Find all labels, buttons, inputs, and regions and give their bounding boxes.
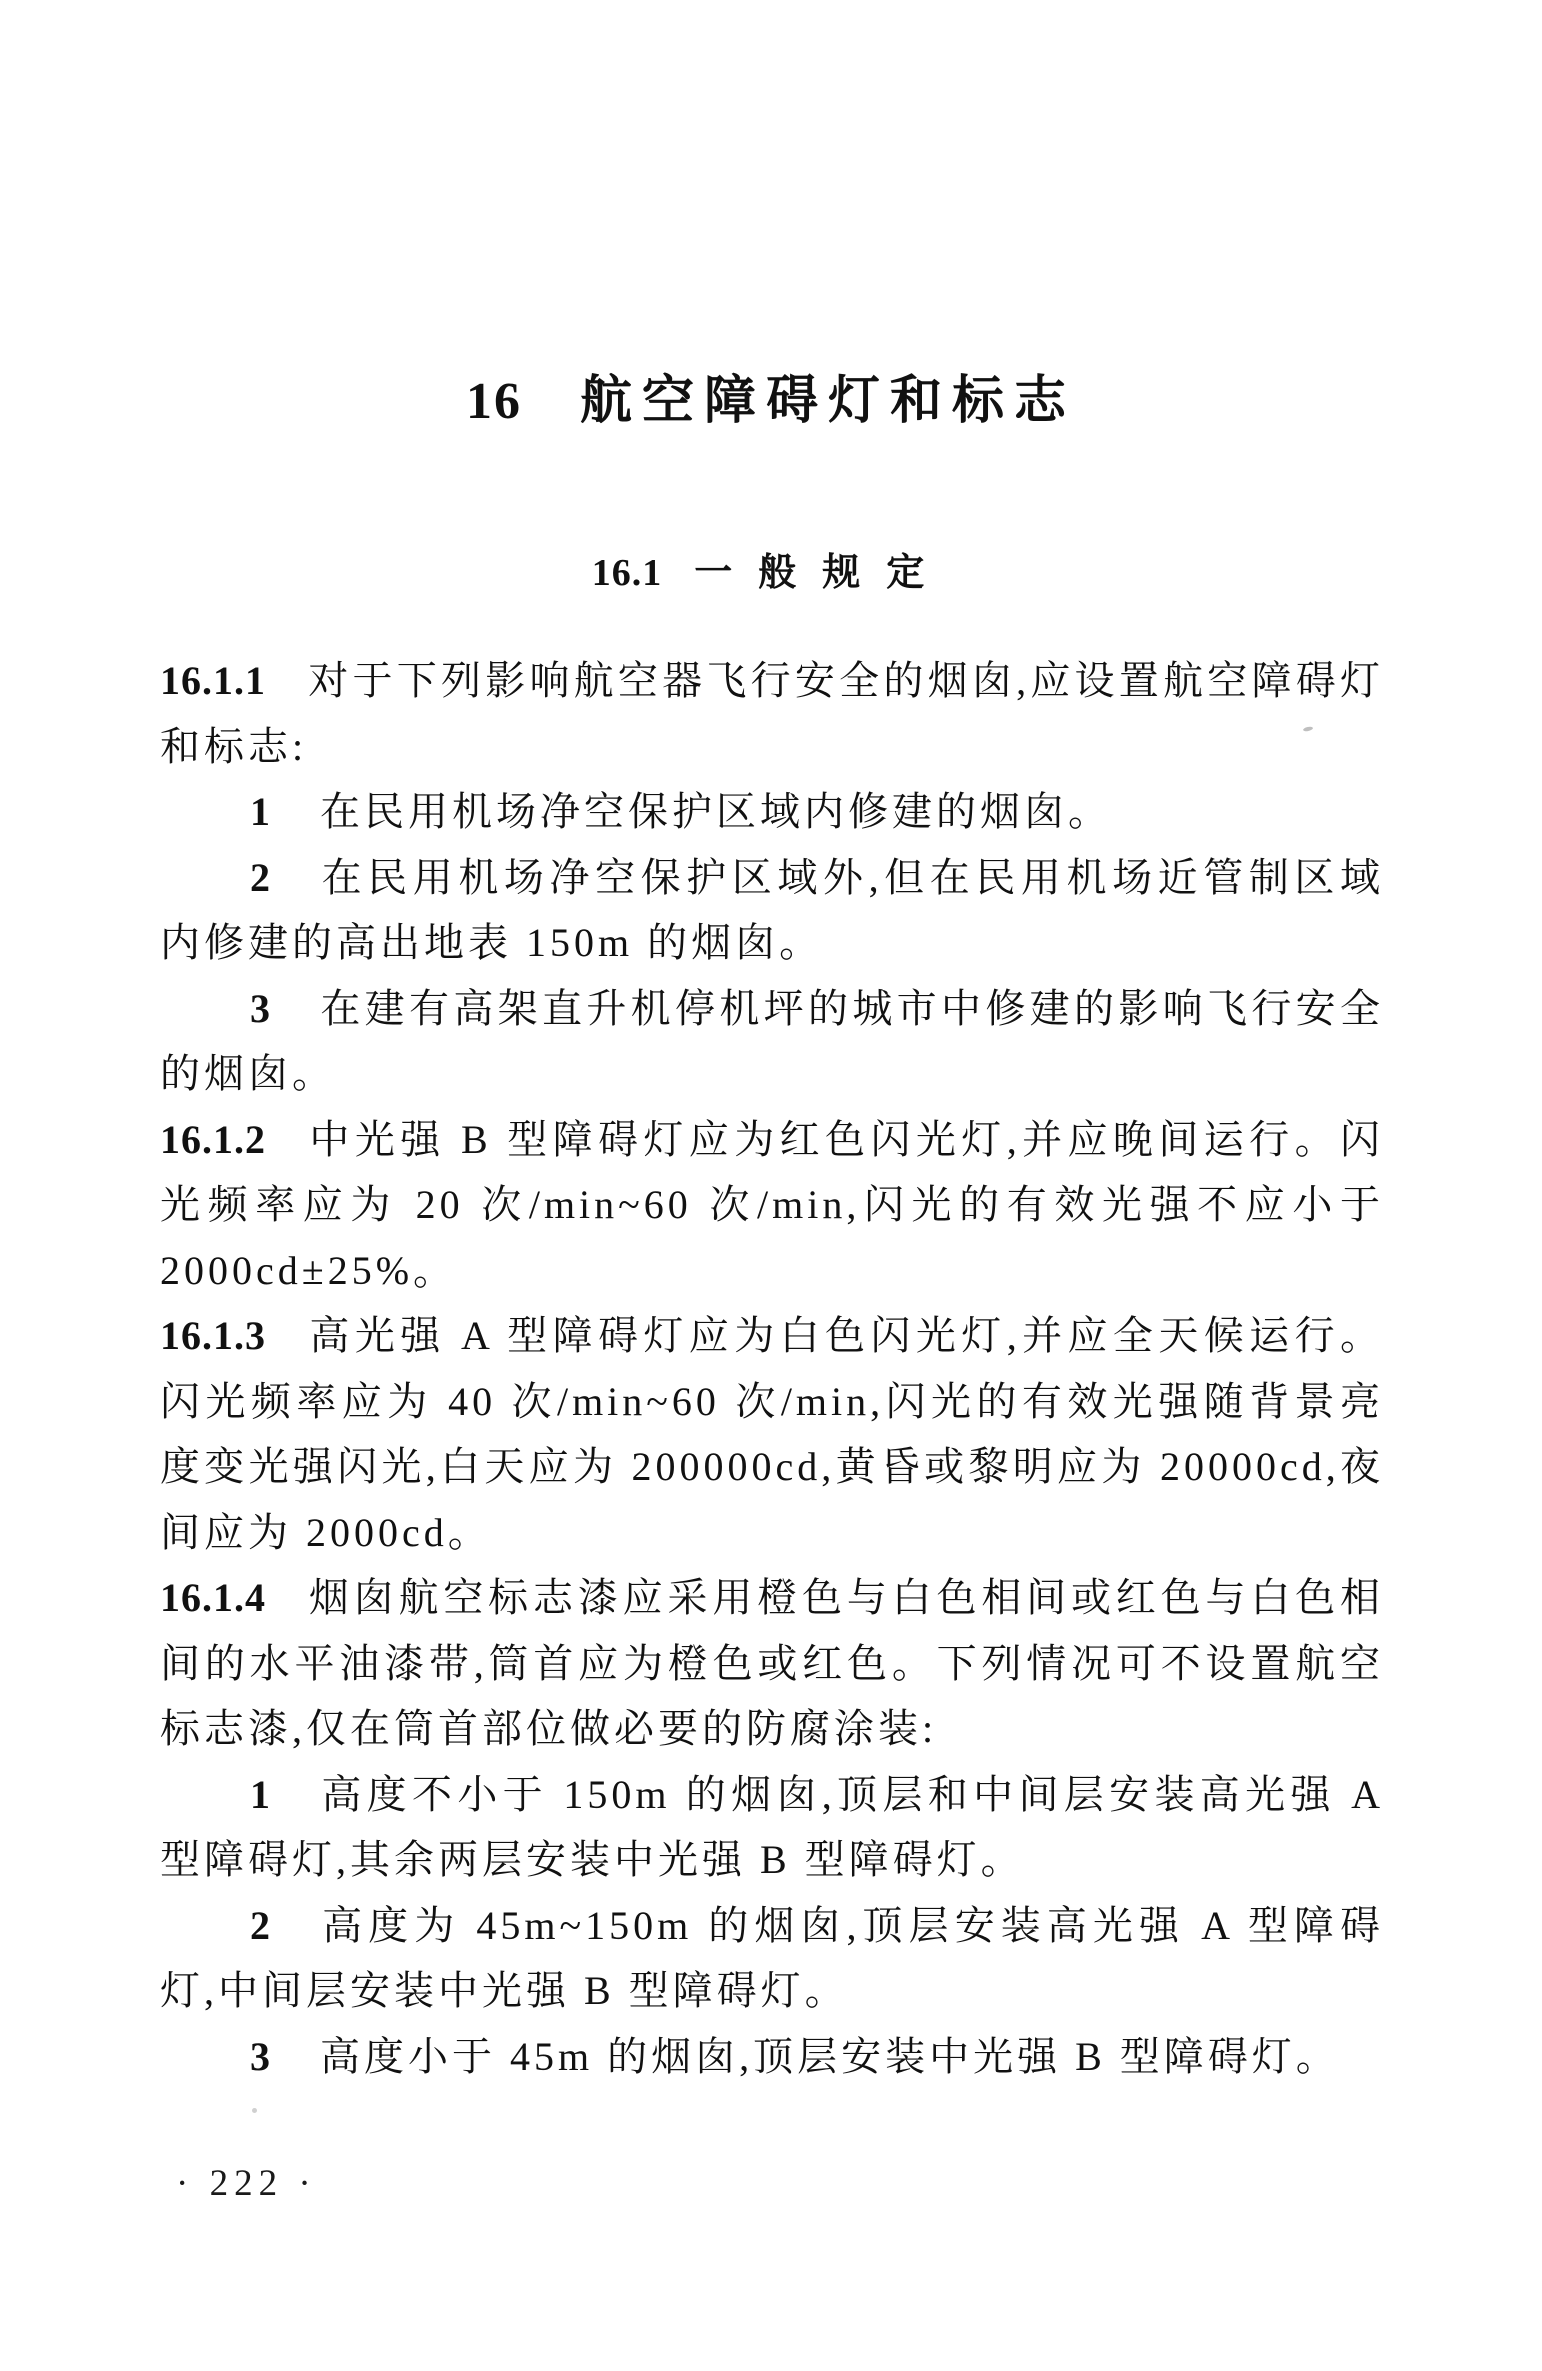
clause-number: 16.1.1 xyxy=(160,658,266,703)
document-page: 16航空障碍灯和标志 16.1一般规定 16.1.1对于下列影响航空器飞行安全的… xyxy=(0,0,1542,2371)
clause-16-1-4: 16.1.4烟囱航空标志漆应采用橙色与白色相间或红色与白色相间的水平油漆带,筒首… xyxy=(160,1565,1384,1762)
clause-text: 对于下列影响航空器飞行安全的烟囱,应设置航空障碍灯和标志: xyxy=(160,658,1384,769)
clause-number: 16.1.2 xyxy=(160,1117,266,1162)
chapter-title: 16航空障碍灯和标志 xyxy=(0,372,1542,432)
item-number: 3 xyxy=(250,986,274,1031)
item-number: 2 xyxy=(250,1903,274,1948)
list-item-1b: 1高度不小于 150m 的烟囱,顶层和中间层安装高光强 A 型障碍灯,其余两层安… xyxy=(160,1762,1384,1893)
clause-text: 中光强 B 型障碍灯应为红色闪光灯,并应晚间运行。闪光频率应为 20 次/min… xyxy=(160,1117,1384,1293)
list-item-1: 1在民用机场净空保护区域内修建的烟囱。 xyxy=(160,779,1384,845)
clause-16-1-3: 16.1.3高光强 A 型障碍灯应为白色闪光灯,并应全天候运行。闪光频率应为 4… xyxy=(160,1303,1384,1565)
item-text: 在建有高架直升机停机坪的城市中修建的影响飞行安全的烟囱。 xyxy=(160,986,1384,1097)
section-heading: 16.1一般规定 xyxy=(0,549,1542,597)
chapter-title-text: 航空障碍灯和标志 xyxy=(580,373,1076,430)
list-item-3b: 3高度小于 45m 的烟囱,顶层安装中光强 B 型障碍灯。 xyxy=(160,2024,1384,2090)
clause-16-1-2: 16.1.2中光强 B 型障碍灯应为红色闪光灯,并应晚间运行。闪光频率应为 20… xyxy=(160,1107,1384,1304)
item-text: 高度小于 45m 的烟囱,顶层安装中光强 B 型障碍灯。 xyxy=(320,2034,1340,2079)
scan-speck xyxy=(252,2108,257,2113)
section-number: 16.1 xyxy=(592,552,663,594)
section-title-text: 一般规定 xyxy=(694,552,950,594)
clause-text: 烟囱航空标志漆应采用橙色与白色相间或红色与白色相间的水平油漆带,筒首应为橙色或红… xyxy=(160,1575,1384,1751)
page-number: · 222 · xyxy=(176,2162,317,2206)
item-number: 1 xyxy=(250,789,274,834)
item-number: 2 xyxy=(250,855,274,900)
item-text: 在民用机场净空保护区域外,但在民用机场近管制区域内修建的高出地表 150m 的烟… xyxy=(160,855,1384,966)
chapter-number: 16 xyxy=(466,373,522,430)
clause-number: 16.1.3 xyxy=(160,1313,266,1358)
clause-text: 高光强 A 型障碍灯应为白色闪光灯,并应全天候运行。闪光频率应为 40 次/mi… xyxy=(160,1313,1384,1555)
list-item-3: 3在建有高架直升机停机坪的城市中修建的影响飞行安全的烟囱。 xyxy=(160,976,1384,1107)
clause-number: 16.1.4 xyxy=(160,1575,266,1620)
clause-16-1-1: 16.1.1对于下列影响航空器飞行安全的烟囱,应设置航空障碍灯和标志: xyxy=(160,648,1384,779)
item-text: 高度为 45m~150m 的烟囱,顶层安装高光强 A 型障碍灯,中间层安装中光强… xyxy=(160,1903,1384,2014)
item-number: 3 xyxy=(250,2034,274,2079)
item-number: 1 xyxy=(250,1772,274,1817)
item-text: 在民用机场净空保护区域内修建的烟囱。 xyxy=(320,789,1112,834)
item-text: 高度不小于 150m 的烟囱,顶层和中间层安装高光强 A 型障碍灯,其余两层安装… xyxy=(160,1772,1384,1883)
list-item-2b: 2高度为 45m~150m 的烟囱,顶层安装高光强 A 型障碍灯,中间层安装中光… xyxy=(160,1893,1384,2024)
list-item-2: 2在民用机场净空保护区域外,但在民用机场近管制区域内修建的高出地表 150m 的… xyxy=(160,845,1384,976)
body-text: 16.1.1对于下列影响航空器飞行安全的烟囱,应设置航空障碍灯和标志: 1在民用… xyxy=(160,648,1384,2089)
